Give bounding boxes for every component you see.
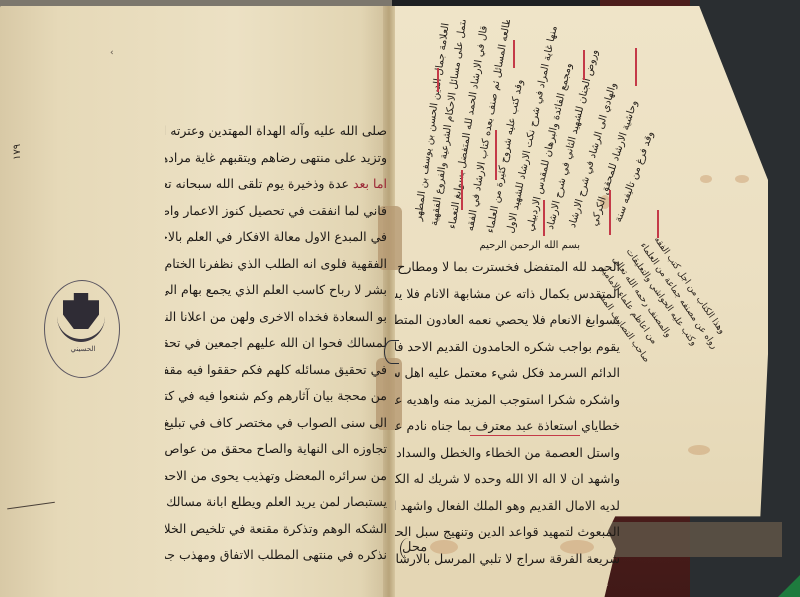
seal-inscription: الحسيني xyxy=(65,345,101,353)
basmala: بسم الله الرحمن الرحيم xyxy=(395,238,620,254)
text-line: لديه الامال القديم وهو الملك الفعال واشه… xyxy=(395,493,620,520)
text-line: يستبصار لمن يريد العلم ويطلع ابانة مسالك… xyxy=(165,489,387,516)
marginal-notes-vertical: ابن الربيع العلامة جمال الدين الحسن بن ي… xyxy=(395,20,695,240)
text-line: المبعوث لتمهيد قواعد الدين وتنهيج سبل ال… xyxy=(395,519,620,546)
text-line: الحمد لله المتفضل فخسترت بما لا ومطارح ا… xyxy=(395,254,620,281)
text-line: نذكره في منتهى المطلب الاتفاق ومهذب جميل… xyxy=(165,542,387,569)
red-overline xyxy=(513,40,515,68)
red-overline xyxy=(583,50,585,80)
red-overline xyxy=(543,200,545,236)
stain xyxy=(735,175,749,183)
text-line: في تحقيق مسائله كلهم فكم حققوا فيه مقفلا… xyxy=(165,357,387,384)
owner-seal-stamp: الحسيني xyxy=(44,280,120,378)
text-line: الفقهية فلوى انه الطلب الذي نظفرنا الختا… xyxy=(165,251,387,278)
red-overline xyxy=(635,48,637,86)
text-line: لمسالك فحوا ان الله عليهم اجمعين في تحقي… xyxy=(165,330,387,357)
red-overline xyxy=(609,190,611,235)
text-line: واشكره شكرا استوجب المزيد منه واهديه عطا… xyxy=(395,387,620,414)
stain xyxy=(700,175,712,183)
text-line: المتقدس بكمال ذاته عن مشابهة الانام فلا … xyxy=(395,281,620,308)
red-overline xyxy=(461,170,463,210)
left-page-text: صلى الله عليه وآله الهداة المهتدين وعترت… xyxy=(165,118,387,569)
folio-number: ١٧٩ xyxy=(12,144,23,160)
manuscript-scene: ١٧٩ ‹ الحسيني صلى الله عليه وآله الهداة … xyxy=(0,0,800,597)
text-line: بسوابغ الانعام فلا يحصي نعمه العادون الم… xyxy=(395,307,620,334)
text-line: الشكه الوهم وتذكرة مقنعة في تلخيص الخلاف… xyxy=(165,516,387,543)
text-line: بو السعادة فخداه الاخرى ولهن من اعلانا ا… xyxy=(165,304,387,331)
text-line: من محجة بيان آثارهم وكم شنعوا فيه في كتا… xyxy=(165,383,387,410)
text-line: واشهد ان لا اله الا الله وحده لا شريك له… xyxy=(395,466,620,493)
text-line: وتزيد على منتهى رضاهم ويتقبهم غاية مراده… xyxy=(165,145,387,172)
stain xyxy=(688,445,710,455)
red-overline xyxy=(657,210,659,238)
text-line: اما بعد عدة وذخيرة يوم تلقى الله سبحانه … xyxy=(165,171,387,198)
right-page-text: بسم الله الرحمن الرحيم الحمد لله المتفضل… xyxy=(395,238,620,572)
rubric-heading: اما بعد xyxy=(353,176,387,191)
pen-mark: ‹ xyxy=(110,48,114,58)
text-line: من سرائره المعضل وتهذيب يحوى من الاحصر و… xyxy=(165,463,387,490)
text-line: تجاوزه الى النهاية والصاح محقق من عواص ا… xyxy=(165,436,387,463)
catchword: محل xyxy=(402,540,427,555)
red-overline xyxy=(437,68,439,92)
text-line: واستل العصمة من الخطاء والخطل والسداد في… xyxy=(395,440,620,467)
red-underline xyxy=(470,435,580,436)
text-line: يقوم بواجب شكره الحامدون القديم الاحد فل… xyxy=(395,334,620,361)
text-line: في المبدع الاول معالة الافكار في العلم ب… xyxy=(165,224,387,251)
text-line: بشر لا رباح كاسب العلم الذي يجمع بهام ال… xyxy=(165,277,387,304)
text-line: الى سنى الصواب في مختصر كاف في تبليغ الغ… xyxy=(165,410,387,437)
red-overline xyxy=(495,130,497,180)
text-line: الدائم السرمد فكل شيء معتمل عليه اهل سبح… xyxy=(395,360,620,387)
text-line: شريعة الفرقة سراج لا تلبي المرسل بالارشا… xyxy=(395,546,620,573)
marginal-notes-diagonal: وهذا الكتاب من اجل كتب الفقه رواه عن مصن… xyxy=(600,235,740,405)
text-line: صلى الله عليه وآله الهداة المهتدين وعترت… xyxy=(165,118,387,145)
left-page-top-edge xyxy=(0,0,392,6)
text-line: فاني لما انفقت في تحصيل كنوز الاعمار واط… xyxy=(165,198,387,225)
gutter-ink-mark xyxy=(384,340,399,364)
